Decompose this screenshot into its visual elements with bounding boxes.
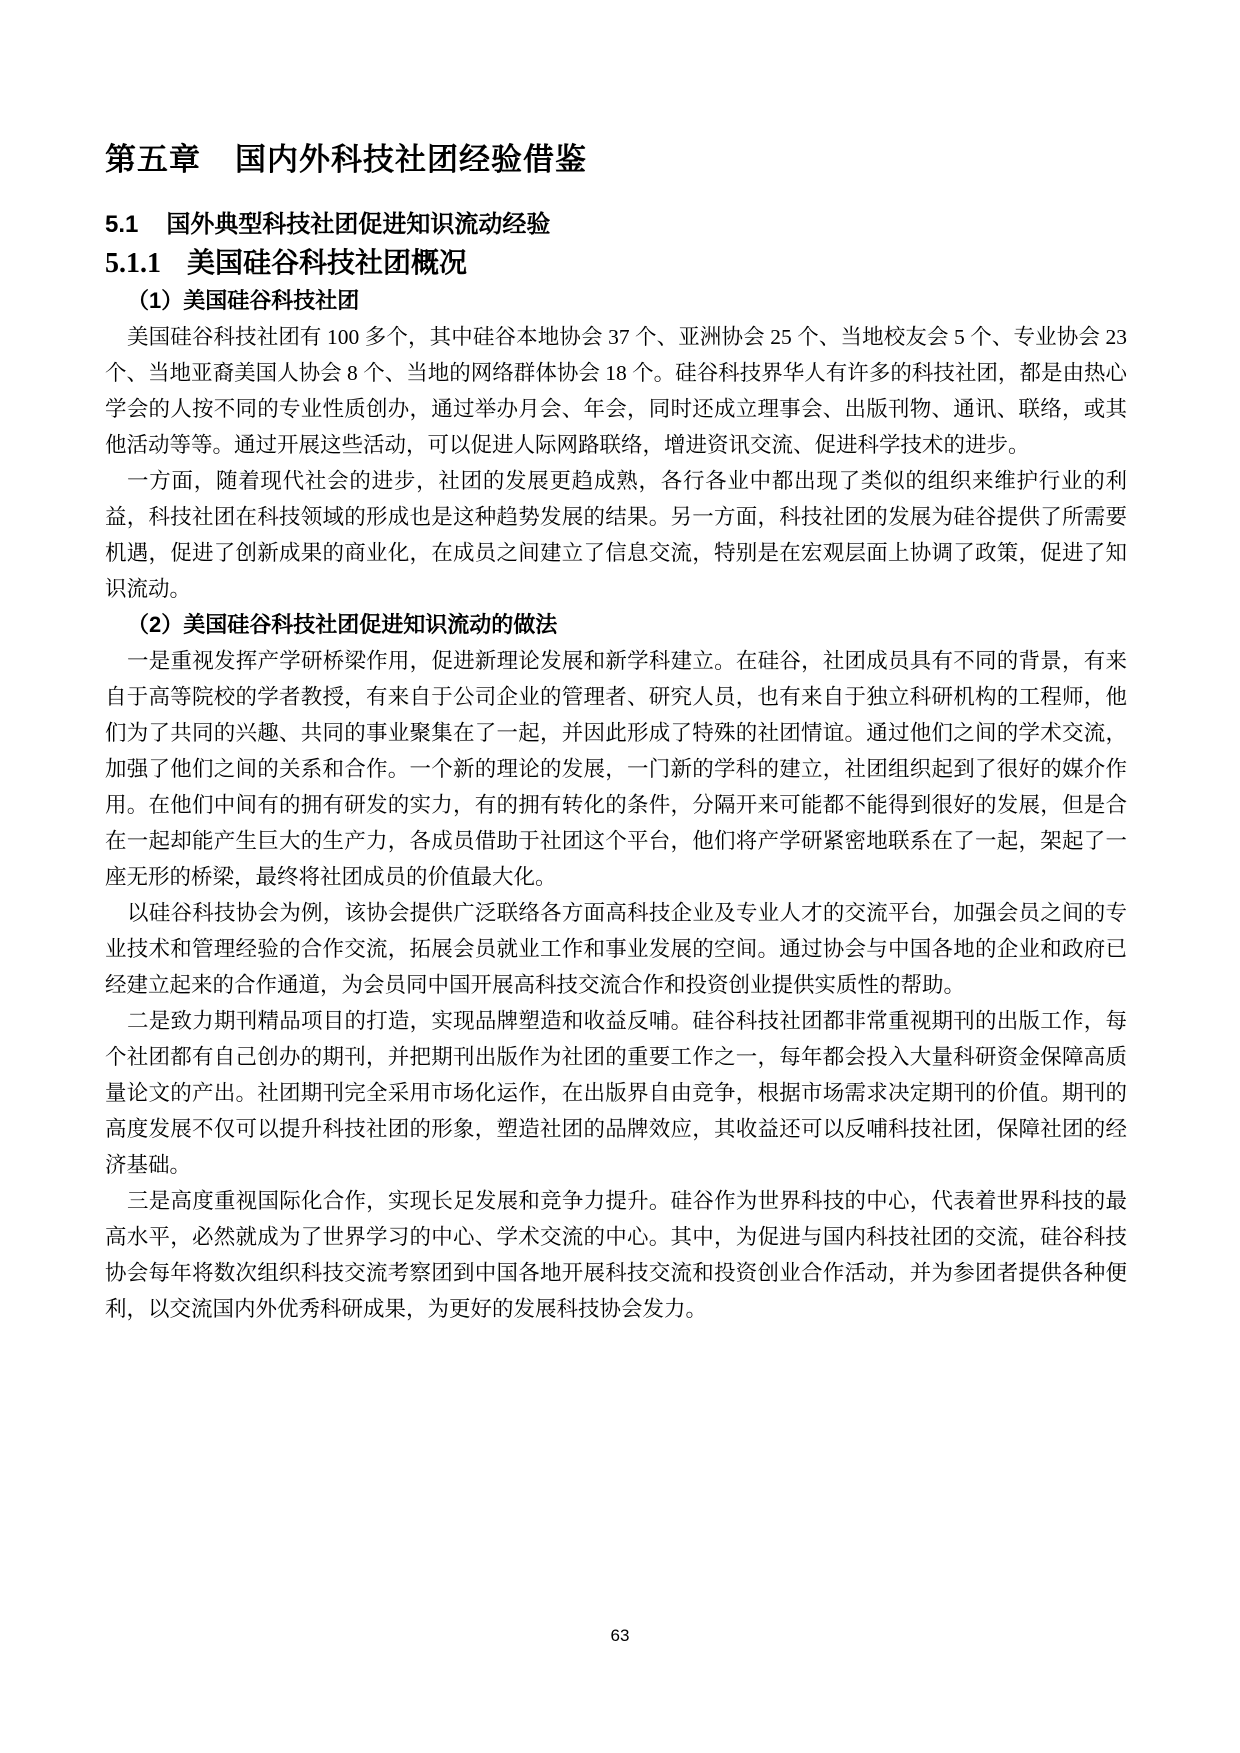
chapter-number: 第五章: [105, 142, 201, 177]
body-paragraph-6: 三是高度重视国际化合作，实现长足发展和竞争力提升。硅谷作为世界科技的中心，代表着…: [105, 1183, 1127, 1327]
body-paragraph-1: 美国硅谷科技社团有 100 多个，其中硅谷本地协会 37 个、亚洲协会 25 个…: [105, 319, 1127, 463]
body-paragraph-2: 一方面，随着现代社会的进步，社团的发展更趋成熟，各行各业中都出现了类似的组织来维…: [105, 463, 1127, 607]
body-paragraph-4: 以硅谷科技协会为例，该协会提供广泛联络各方面高科技企业及专业人才的交流平台，加强…: [105, 895, 1127, 1003]
section-number: 5.1: [105, 211, 138, 238]
page-number: 63: [0, 1626, 1240, 1646]
chapter-title-text: 国内外科技社团经验借鉴: [235, 142, 587, 177]
section-title-text: 国外典型科技社团促进知识流动经验: [166, 211, 550, 238]
chapter-title: 第五章国内外科技社团经验借鉴: [105, 138, 1127, 182]
body-paragraph-3: 一是重视发挥产学研桥梁作用，促进新理论发展和新学科建立。在硅谷，社团成员具有不同…: [105, 643, 1127, 895]
subsection-number: 5.1.1: [105, 248, 161, 279]
sub-heading-2: （2）美国硅谷科技社团促进知识流动的做法: [105, 607, 1127, 643]
subsection-heading-5-1-1: 5.1.1美国硅谷科技社团概况: [105, 247, 1127, 281]
document-content: 第五章国内外科技社团经验借鉴 5.1国外典型科技社团促进知识流动经验 5.1.1…: [105, 138, 1127, 1327]
document-page: 第五章国内外科技社团经验借鉴 5.1国外典型科技社团促进知识流动经验 5.1.1…: [0, 0, 1240, 1753]
body-paragraph-5: 二是致力期刊精品项目的打造，实现品牌塑造和收益反哺。硅谷科技社团都非常重视期刊的…: [105, 1003, 1127, 1183]
section-heading-5-1: 5.1国外典型科技社团促进知识流动经验: [105, 210, 1127, 240]
subsection-title-text: 美国硅谷科技社团概况: [187, 248, 467, 279]
sub-heading-1: （1）美国硅谷科技社团: [105, 283, 1127, 319]
